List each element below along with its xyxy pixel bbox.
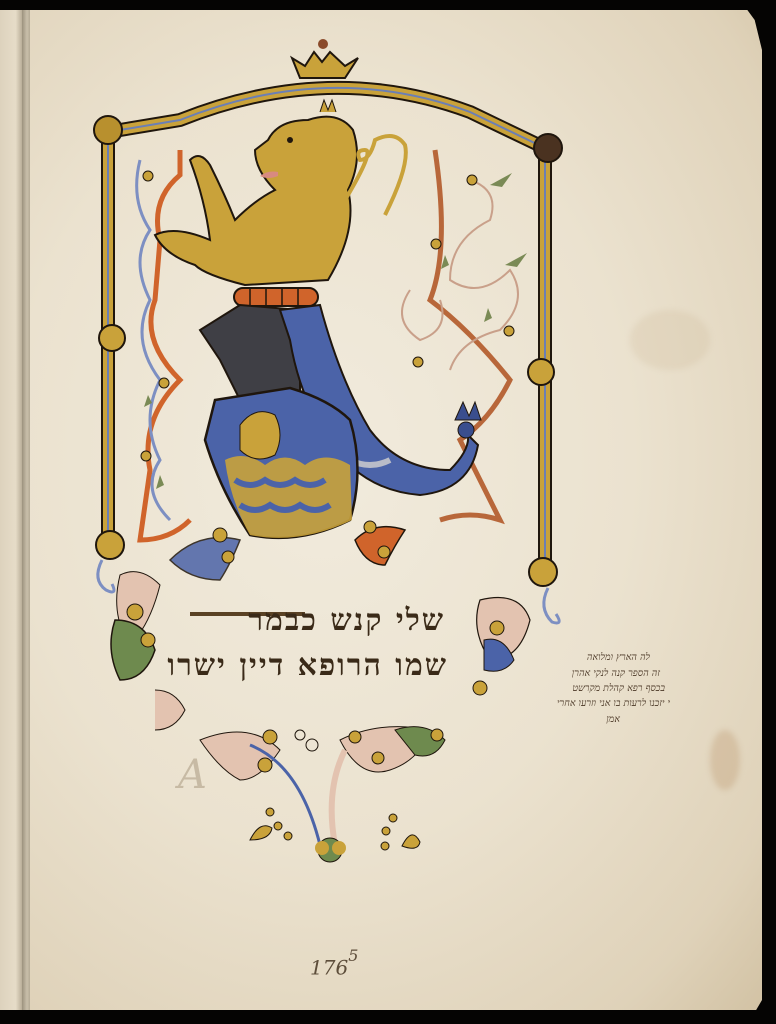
folio-number-main: 176 — [310, 956, 348, 980]
marginal-note-line: אמן — [570, 714, 620, 725]
heraldic-shield-icon — [205, 388, 358, 538]
crown-icon — [292, 39, 358, 78]
marginal-note-line: י יזכנו לרעות בו אני וזרעו אחרי — [530, 698, 670, 709]
orange-scroll — [140, 150, 190, 540]
pink-vine — [402, 173, 527, 370]
pencil-mark: A — [178, 752, 207, 798]
hebrew-text-line-1: שלי קנש כבמר — [195, 603, 445, 638]
marginal-note-line: לה הארץ ומלואה — [560, 652, 650, 663]
acanthus-wreath — [111, 527, 530, 862]
marginal-note-line: בכסף רפא קהלת מקרשט — [540, 683, 665, 694]
scan-viewer: שלי קנש כבמר שמו הרופא דיין ישרו לה הארץ… — [0, 0, 776, 1024]
marginal-note-line: זה הספר קנה לנקי אהרן — [545, 668, 660, 679]
folio-number-superscript: 5 — [348, 946, 358, 965]
hebrew-text-line-2: שמו הרופא דיין ישרו — [180, 648, 448, 683]
folio-number: 1765 — [310, 952, 358, 980]
illumination-artwork — [0, 0, 776, 1024]
lion-rampant-icon — [155, 100, 406, 285]
helmet-torse — [234, 288, 318, 306]
